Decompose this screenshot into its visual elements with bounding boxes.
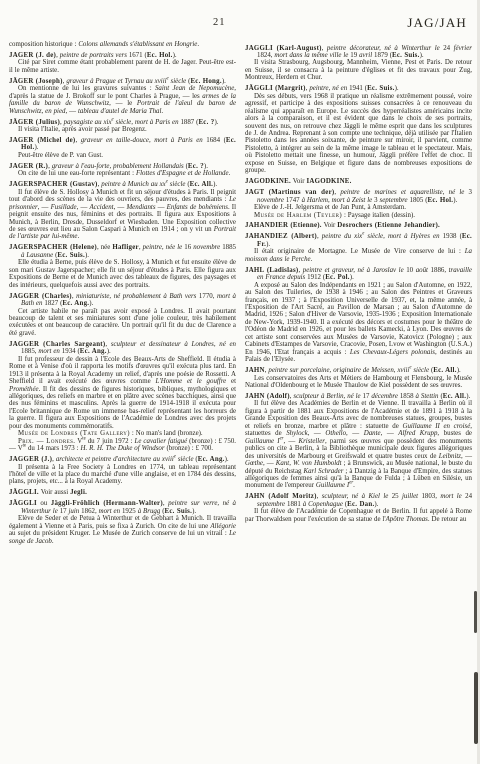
text-run: Karl Schrader xyxy=(303,468,343,475)
text-run: Elève de J.-H. Jelgersma et de Jan Punt,… xyxy=(254,204,406,211)
text-run: ). xyxy=(34,144,38,151)
text-run: septembre xyxy=(380,197,410,204)
text-run: Hafliger xyxy=(112,244,139,251)
text-run: du 7 juin 1972 : xyxy=(86,438,135,445)
entry-jahn-adolf: JAHN (Adolf), sculpteur à Berlin, né le … xyxy=(245,393,472,490)
text-run: Jegli. xyxy=(70,489,87,496)
text-run: , — xyxy=(263,460,276,467)
text-run: Dante xyxy=(364,430,381,437)
entry-heading: JAGERSPACHER (Gustav), peintre à Munich … xyxy=(9,181,236,188)
entry-paragraph-body: Elève de J.-H. Jelgersma et de Jan Punt,… xyxy=(245,204,472,211)
text-run: Ec. All. xyxy=(443,393,466,400)
entry-heading: JAGT (Martinus van der), peintre de mari… xyxy=(245,189,472,204)
text-run: 1886 xyxy=(431,267,445,274)
text-run: ). xyxy=(222,78,226,85)
entry-jager-r: JAGER (R.), graveur à l'eau-forte, proba… xyxy=(9,163,236,178)
text-run: . xyxy=(52,538,54,545)
text-run: . De retour au xyxy=(428,516,466,523)
text-run: , — xyxy=(461,453,472,460)
text-run: graveur à l'eau-forte, probablement Holl… xyxy=(52,163,186,170)
entry-paragraph-museum: Musée de Londres (Tate Gallery) : No man… xyxy=(9,430,236,437)
text-run: Ec. ? xyxy=(188,163,204,170)
text-run: IAGODKINE. xyxy=(306,178,351,185)
text-run: 1862 xyxy=(81,508,95,515)
text-run: peintre, née le xyxy=(143,244,185,251)
text-run: H. R. H. The Duke of Windsor xyxy=(80,445,164,452)
text-run: Ec. All. xyxy=(433,367,456,374)
text-run: Othello xyxy=(325,430,346,437)
text-run: 1912 xyxy=(307,274,323,281)
text-run: ). xyxy=(374,501,378,508)
text-run: L'Homme et le gouffre xyxy=(155,378,226,385)
entry-paragraph-xref: JAGODKINE. Voir IAGODKINE. xyxy=(245,178,472,185)
text-run: ). xyxy=(225,456,229,463)
text-run: JÄGGLI (Margrit) xyxy=(245,85,306,92)
text-run: 17 xyxy=(60,508,69,515)
entry-heading: JÄGGLI (Margrit), peintre, né en 1941 (E… xyxy=(245,85,472,92)
scanned-dictionary-page: 21 JAG/JAH composition historique : Colo… xyxy=(0,0,480,764)
entry-jager-julius: JÄGER (Julius), paysagiste au xixe siècl… xyxy=(9,119,236,134)
text-run: JAHANDIEZ (Albert) xyxy=(245,233,317,240)
right-column: JAGGLI (Karl-August), peintre décorateur… xyxy=(245,41,472,523)
text-run: Les Chevaux-Légers polonais xyxy=(350,349,435,356)
text-run: 1934 ( xyxy=(62,348,80,355)
text-run: JAGER (J. de) xyxy=(9,52,56,59)
text-run: Guillaume I xyxy=(245,438,280,445)
entry-paragraph-body: Les conservatoires des Arts et Métiers d… xyxy=(245,375,472,390)
text-run: , — xyxy=(308,430,326,437)
entry-jagger-charles-sargeant: JAGGER (Charles Sargeant), sculpteur et … xyxy=(9,341,236,453)
text-run: siècle, mort à Hyères en xyxy=(364,233,442,240)
text-run: Alfred Krupp xyxy=(398,430,437,437)
entry-heading: JAHANDIEZ (Albert), peintre du xixe sièc… xyxy=(245,233,472,248)
text-run: Ec. Suis. xyxy=(392,52,420,59)
text-run: Guillaume II en croisé xyxy=(402,423,470,430)
entry-paragraph-prix: Prix. — Londres. Vte du 7 juin 1972 : Le… xyxy=(9,438,236,453)
entry-heading: JAGGLI (Karl-August), peintre décorateur… xyxy=(245,45,472,60)
text-run: Le cavalier fatigué xyxy=(135,438,188,445)
text-run: ). xyxy=(204,163,208,170)
text-run: Ec. Hol. xyxy=(428,197,454,204)
text-run: 1827 ( xyxy=(44,300,62,307)
text-run: novembre xyxy=(257,197,286,204)
entry-heading: JÄGGLI ou Jäggli-Fröhlich (Hermann-Walte… xyxy=(9,500,236,515)
entry-jahl-ladislas: JAHL (Ladislas), peintre et graveur, né … xyxy=(245,267,472,364)
text-run: tableau d'autel de Maria Thal xyxy=(78,108,161,115)
text-run: Ec. Suis. xyxy=(57,252,85,259)
text-run: siècle, mort à Paris en xyxy=(114,119,181,126)
text-run: sculpteur, né à Kiel le xyxy=(322,493,392,500)
text-run: JAHN (Adolf Moritz) xyxy=(245,493,317,500)
entry-heading: JAHN, peintre sur porcelaine, originaire… xyxy=(245,367,472,374)
text-run: juin xyxy=(69,508,82,515)
text-run: 1941 ( xyxy=(349,85,367,92)
text-run: Musée de Londres (Tate Gallery) xyxy=(18,430,130,437)
text-run: Elève de Seder et de Petua à Winterthur … xyxy=(9,515,236,529)
text-run: siècle xyxy=(169,78,189,85)
text-run: . Il fit des dessins de figures historiq… xyxy=(9,386,236,430)
text-run: A exposé au Salon des Indépendants en 19… xyxy=(245,282,472,356)
text-run: peintre de marines et aquarelliste, né l… xyxy=(340,189,468,196)
running-head: JAG/JAH xyxy=(407,15,467,31)
text-run: 1684 ( xyxy=(206,137,226,144)
text-run: peintre de portraits vers xyxy=(60,52,129,59)
text-run: 3 xyxy=(469,189,472,196)
text-run: 1925 xyxy=(122,508,138,515)
text-run: Musée de Harlem (Teyler) xyxy=(254,212,342,219)
scan-artifact xyxy=(474,672,478,744)
entry-jahn: JAHN, peintre sur porcelaine, originaire… xyxy=(245,367,472,389)
text-run: 24 xyxy=(465,493,472,500)
entry-heading: JÄGER (Julius), paysagiste au xixe siècl… xyxy=(9,119,236,126)
text-run: 10 xyxy=(406,267,415,274)
text-run: . xyxy=(229,170,231,177)
text-run: , — xyxy=(77,204,90,211)
text-run: , mort le xyxy=(435,493,465,500)
text-run: 1885 xyxy=(222,244,236,251)
text-run: Ec. Suis. xyxy=(367,85,395,92)
text-run: peintre, né en xyxy=(309,85,349,92)
text-run: Mendiants xyxy=(126,204,155,211)
text-run: peintre à Munich au xx xyxy=(101,181,165,188)
entry-paragraph-body: Il était originaire de Mortagne. Le Musé… xyxy=(245,248,472,263)
text-run: Saint Jean de Nepomucène xyxy=(155,85,234,92)
text-run: , — le xyxy=(109,100,137,107)
text-run: , née xyxy=(97,244,112,251)
text-run: Ec. Dan. xyxy=(347,501,374,508)
text-run: , — xyxy=(381,430,399,437)
text-run: 1671 ( xyxy=(129,52,147,59)
text-run: Flottes d'Espagne et de Hollande xyxy=(136,170,229,177)
text-run: ). xyxy=(107,348,111,355)
text-run: Ec. Suis. xyxy=(165,508,193,515)
text-run: ). xyxy=(213,181,217,188)
text-run: Desrochers (Etienne Jehandier). xyxy=(337,222,440,229)
entry-heading: JAGER (J. de), peintre de portraits vers… xyxy=(9,52,236,59)
entry-heading: JAGGER (Charles Sargeant), sculpteur et … xyxy=(9,341,236,356)
text-run: graveur en taille-douce, mort à Paris en xyxy=(81,137,207,144)
entry-paragraph-body: Il fut élève des Académies de Berlin et … xyxy=(245,400,472,489)
entry-heading: JAGGER (J.), architecte et peintre d'arc… xyxy=(9,456,236,463)
entry-jagger-j: JAGGER (J.), architecte et peintre d'arc… xyxy=(9,456,236,486)
entry-jaggli-froehlich: JÄGGLI ou Jäggli-Fröhlich (Hermann-Walte… xyxy=(9,500,236,545)
text-run: JÄGER (Joseph) xyxy=(9,78,63,85)
text-run: 1881 xyxy=(287,501,303,508)
text-run: Voir xyxy=(322,222,337,229)
text-run: composition historique : xyxy=(9,41,78,48)
text-run: peintre sur porcelaine, originaire de Me… xyxy=(268,367,409,374)
text-run: JAGERSPACHER (Helene) xyxy=(9,244,97,251)
text-run: Allégorie xyxy=(210,523,236,530)
text-run: JAHN xyxy=(245,367,265,374)
text-run: On mentionne de lui les gravures suivant… xyxy=(18,85,155,92)
text-run: ). xyxy=(350,274,354,281)
entry-paragraph-body: Elle étudia à Berne, puis élève de S. Ho… xyxy=(9,259,236,289)
text-run: Apôtre Thomas xyxy=(386,516,428,523)
entry-paragraph-body: On cite de lui une eau-forte représentan… xyxy=(9,170,236,177)
text-run: , — xyxy=(38,204,51,211)
entry-jager-j-de: JAGER (J. de), peintre de portraits vers… xyxy=(9,52,236,74)
entry-paragraph-body: Elève de Seder et de Petua à Winterthur … xyxy=(9,515,236,545)
text-run: : Paysage italien (dessin). xyxy=(342,212,415,219)
text-run: ). xyxy=(420,52,424,59)
text-run: Cité par Siret comme étant probablement … xyxy=(9,59,236,73)
text-run: JAGER (R.) xyxy=(9,163,48,170)
text-run: 24 xyxy=(443,45,453,52)
text-run: JAGGER (Charles) xyxy=(9,293,72,300)
text-run: Ec. Ang. xyxy=(80,348,107,355)
text-run: (bronze) : £ 700. xyxy=(165,445,213,452)
entry-paragraph-body: Cité par Siret comme étant probablement … xyxy=(9,59,236,74)
text-run: au sujet du président Kruger. Le Musée d… xyxy=(9,530,229,537)
entry-jaggli-margrit: JÄGGLI (Margrit), peintre, né en 1941 (E… xyxy=(245,85,472,174)
entry-jagerspacher-helene: JAGERSPACHER (Helene), née Hafliger, pei… xyxy=(9,244,236,289)
text-run: Il était originaire de Mortagne. Le Musé… xyxy=(254,248,465,255)
entry-jagt-martinus: JAGT (Martinus van der), peintre de mari… xyxy=(245,189,472,219)
entry-jagger-charles: JAGGER (Charles), miniaturiste, né proba… xyxy=(9,293,236,338)
text-run: W. von Humboldt xyxy=(293,460,342,467)
text-run: Ec. ? xyxy=(198,119,214,126)
text-run: Leibnitz xyxy=(439,453,461,460)
text-run: Prométhée xyxy=(9,386,39,393)
text-run: Elle étudia à Berne, puis élève de S. Ho… xyxy=(9,259,236,288)
text-run: 1938 ( xyxy=(443,233,462,240)
text-run: Ec. All. xyxy=(190,181,213,188)
text-run: , — xyxy=(65,108,77,115)
text-run: Colons allemands s'établissant en Hongri… xyxy=(78,41,197,48)
text-run: On cite de lui une eau-forte représentan… xyxy=(18,170,136,177)
text-run: JAGER (Michel de) xyxy=(9,137,75,144)
text-run: JAHL (Ladislas) xyxy=(245,267,298,274)
entry-paragraph-body: Peut-être élève de P. van Gust. xyxy=(9,152,236,159)
text-run: , mort en xyxy=(95,508,122,515)
entry-jagerspacher-gustav: JAGERSPACHER (Gustav), peintre à Munich … xyxy=(9,181,236,241)
entry-jahandiez-albert: JAHANDIEZ (Albert), peintre du xixe sièc… xyxy=(245,233,472,263)
text-run: Ec. Hong. xyxy=(190,78,221,85)
text-run: Jäggli-Fröhlich (Hermann-Walter) xyxy=(51,500,163,507)
entry-paragraph-body: Il fut élève de l'Académie de Copenhague… xyxy=(245,508,472,523)
text-run: ). xyxy=(453,197,457,204)
text-run: . xyxy=(197,41,199,48)
text-run: et xyxy=(226,378,236,385)
text-run: miniaturiste, né probablement à Bath ver… xyxy=(76,293,199,300)
text-run: Il fut élève de S. Hollosy à Munich et f… xyxy=(9,189,236,203)
text-run: Ec. Hol. xyxy=(147,52,173,59)
entry-paragraph-body: Cet artiste habile ne paraît pas avoir e… xyxy=(9,308,236,338)
text-run: peintre décorateur, né à Winterthur le xyxy=(327,45,443,52)
text-run: à Harlem, mort à Zeist le xyxy=(302,197,375,204)
text-run: à Stettin xyxy=(416,393,441,400)
text-run: novembre xyxy=(193,244,222,251)
text-run: Ec. Pol. xyxy=(325,274,350,281)
text-run: JAGERSPACHER (Gustav) xyxy=(9,181,98,188)
entry-jagodkine-xref: JAGODKINE. Voir IAGODKINE. xyxy=(245,178,472,185)
entry-jager-joseph: JÄGER (Joseph), graveur à Prague et Tyrn… xyxy=(9,78,236,115)
text-run: siècle xyxy=(411,367,431,374)
text-run: ). xyxy=(173,52,177,59)
text-run: décembre xyxy=(371,393,399,400)
text-run: Accident xyxy=(89,204,113,211)
text-run: . xyxy=(311,256,313,263)
entry-paragraph-body: Il fut professeur de dessin à l'Ecole de… xyxy=(9,356,236,431)
text-run: 1879 ( xyxy=(374,52,392,59)
text-run: Ec. Ang. xyxy=(62,300,89,307)
text-run: du 14 mars 1973 : xyxy=(26,445,80,452)
text-run: février xyxy=(454,45,472,52)
entry-paragraph-body: Il fut élève de S. Hollosy à Munich et f… xyxy=(9,189,236,241)
text-run: 19 xyxy=(350,52,359,59)
page-number: 21 xyxy=(213,17,226,28)
text-run: — xyxy=(156,204,167,211)
scan-artifact xyxy=(474,591,477,633)
text-run: JÄGGLI xyxy=(9,500,37,507)
text-run: sculpteur à Berlin, né le xyxy=(293,393,362,400)
text-run: à Brugg xyxy=(138,508,163,515)
text-run: JAHN (Adolf) xyxy=(245,393,290,400)
text-run: ). xyxy=(85,252,89,259)
entry-paragraph-body: Il visita Strasbourg, Augsbourg, Mannhei… xyxy=(245,59,472,81)
text-run: Enfants de bohémiens xyxy=(167,204,228,211)
text-run: JÄGGLI. xyxy=(9,489,39,496)
text-run: paysagiste au xix xyxy=(64,119,112,126)
entry-heading: JAGGER (Charles), miniaturiste, né proba… xyxy=(9,293,236,308)
text-run: Peut-être élève de P. van Gust. xyxy=(18,152,103,159)
text-run: 1803 xyxy=(421,493,435,500)
entry-heading: JAGER (R.), graveur à l'eau-forte, proba… xyxy=(9,163,236,170)
entry-paragraph-museum: Musée de Harlem (Teyler) : Paysage itali… xyxy=(245,212,472,219)
entry-paragraph-body: Dès ses débuts, vers 1968 il pratique un… xyxy=(245,93,472,175)
text-run: ). xyxy=(466,393,470,400)
text-run: 1858 xyxy=(400,393,416,400)
text-run: ). xyxy=(457,367,461,374)
text-run: Il visita Strasbourg, Augsbourg, Mannhei… xyxy=(245,59,472,81)
entry-paragraph-body: A exposé au Salon des Indépendants en 19… xyxy=(245,282,472,364)
text-run: ). xyxy=(214,119,218,126)
text-run: Voir aussi xyxy=(39,489,70,496)
text-run: Fusillade xyxy=(51,204,77,211)
text-run: JAGGER (Charles Sargeant) xyxy=(9,341,105,348)
text-run: ). xyxy=(192,508,196,515)
entry-jager-michel-de: JAGER (Michel de), graveur en taille-dou… xyxy=(9,137,236,159)
text-run: à Copenhague xyxy=(303,501,345,508)
text-run: JAGGLI (Karl-August) xyxy=(245,45,322,52)
page-header: 21 JAG/JAH xyxy=(0,15,480,35)
text-run: ). xyxy=(89,300,93,307)
text-run: sculpteur et dessinateur à Londres, né e… xyxy=(111,341,236,348)
text-run: Gœthe xyxy=(245,460,263,467)
text-run: septembre xyxy=(257,501,287,508)
text-run: JÄGER (Julius) xyxy=(9,119,60,126)
text-run: Shylock xyxy=(286,430,307,437)
text-run: . xyxy=(77,233,79,240)
text-run: Kristeller xyxy=(299,438,325,445)
text-run: siècle xyxy=(176,456,196,463)
entry-heading: JAHN (Adolf), sculpteur à Berlin, né le … xyxy=(245,393,472,400)
text-run: 1824 xyxy=(257,52,271,59)
entry-jahn-adolf-moritz: JAHN (Adolf Moritz), sculpteur, né à Kie… xyxy=(245,493,472,523)
text-run: JAGGER (J.) xyxy=(9,456,52,463)
text-run: peintre et graveur, né à Jaroslav le xyxy=(303,267,406,274)
text-run: 1887 ( xyxy=(180,119,198,126)
text-run: Il visita l'Italie, après avoir passé pa… xyxy=(18,126,147,133)
text-run: JAGODKINE. xyxy=(245,178,291,185)
text-run: avril xyxy=(359,52,374,59)
text-run: : No man's land (bronze). xyxy=(130,430,203,437)
text-run: , bustes de xyxy=(437,430,472,437)
entry-jaggli-xref: JÄGGLI. Voir aussi Jegli. xyxy=(9,489,236,496)
text-run: Ec. Ang. xyxy=(198,456,225,463)
text-run: JAHANDIER (Etienne). xyxy=(245,222,322,229)
text-run: . xyxy=(353,482,355,489)
entry-paragraph-cont: composition historique : Colons allemand… xyxy=(9,41,236,48)
text-run: Dès ses débuts, vers 1968 il pratique un… xyxy=(245,93,472,175)
text-run: août xyxy=(416,267,431,274)
text-run: 16 xyxy=(184,244,193,251)
text-run: juillet xyxy=(402,493,421,500)
text-run: , mort en xyxy=(35,348,62,355)
text-run: Kant xyxy=(276,460,289,467)
entry-heading: JAGERSPACHER (Helene), née Hafliger, pei… xyxy=(9,244,236,259)
text-run: peintre du xix xyxy=(322,233,362,240)
text-run: graveur à Prague et Tyrnau au xviii xyxy=(66,78,166,85)
text-run: Les conservatoires des Arts et Métiers d… xyxy=(245,375,472,389)
text-run: Il présenta à la Free Society à Londres … xyxy=(9,464,236,486)
text-run: 1805 ( xyxy=(410,197,428,204)
text-run: Cet artiste habile ne paraît pas avoir e… xyxy=(9,308,236,337)
text-run: , — xyxy=(284,438,299,445)
text-run: ). xyxy=(266,241,270,248)
text-run: , — xyxy=(346,430,364,437)
entry-paragraph-xref: JAHANDIER (Etienne). Voir Desrochers (Et… xyxy=(245,222,472,229)
entry-paragraph-body: On mentionne de lui les gravures suivant… xyxy=(9,85,236,115)
text-run: siècle xyxy=(168,181,188,188)
text-run: JAGT (Martinus van der) xyxy=(245,189,334,196)
entry-paragraph-body: Il présenta à la Free Society à Londres … xyxy=(9,464,236,486)
text-run: architecte et peintre d'architecture au … xyxy=(56,456,174,463)
text-run: 25 xyxy=(392,493,402,500)
text-run: 1885 xyxy=(21,348,35,355)
text-run: ou xyxy=(37,500,51,507)
text-run: ). xyxy=(395,85,399,92)
text-run: à Lausanne xyxy=(21,252,55,259)
text-run: Voir xyxy=(291,178,306,185)
text-run: 1770 xyxy=(199,293,213,300)
entry-jaggli-karl-august: JAGGLI (Karl-August), peintre décorateur… xyxy=(245,45,472,82)
left-column: composition historique : Colons allemand… xyxy=(9,41,236,545)
entry-heading: JAGER (Michel de), graveur en taille-dou… xyxy=(9,137,236,152)
text-run: Prix. — Londres. xyxy=(18,438,75,445)
text-run: 1747 xyxy=(286,197,302,204)
text-run: Guillaume I xyxy=(316,482,349,489)
entry-heading: JAHL (Ladislas), peintre et graveur, né … xyxy=(245,267,472,282)
entry-heading: JAHN (Adolf Moritz), sculpteur, né à Kie… xyxy=(245,493,472,508)
entry-paragraph-xref: JÄGGLI. Voir aussi Jegli. xyxy=(9,489,236,496)
text-run: , — xyxy=(114,204,127,211)
text-run: . xyxy=(161,108,163,115)
entry-heading: JÄGER (Joseph), graveur à Prague et Tyrn… xyxy=(9,78,236,85)
text-columns: composition historique : Colons allemand… xyxy=(9,41,472,545)
text-run: , mort dans la même ville le xyxy=(271,52,350,59)
entry-continuation: composition historique : Colons allemand… xyxy=(9,41,236,48)
entry-jahandier-xref: JAHANDIER (Etienne). Voir Desrochers (Et… xyxy=(245,222,472,229)
entry-paragraph-body: Il visita l'Italie, après avoir passé pa… xyxy=(9,126,236,133)
